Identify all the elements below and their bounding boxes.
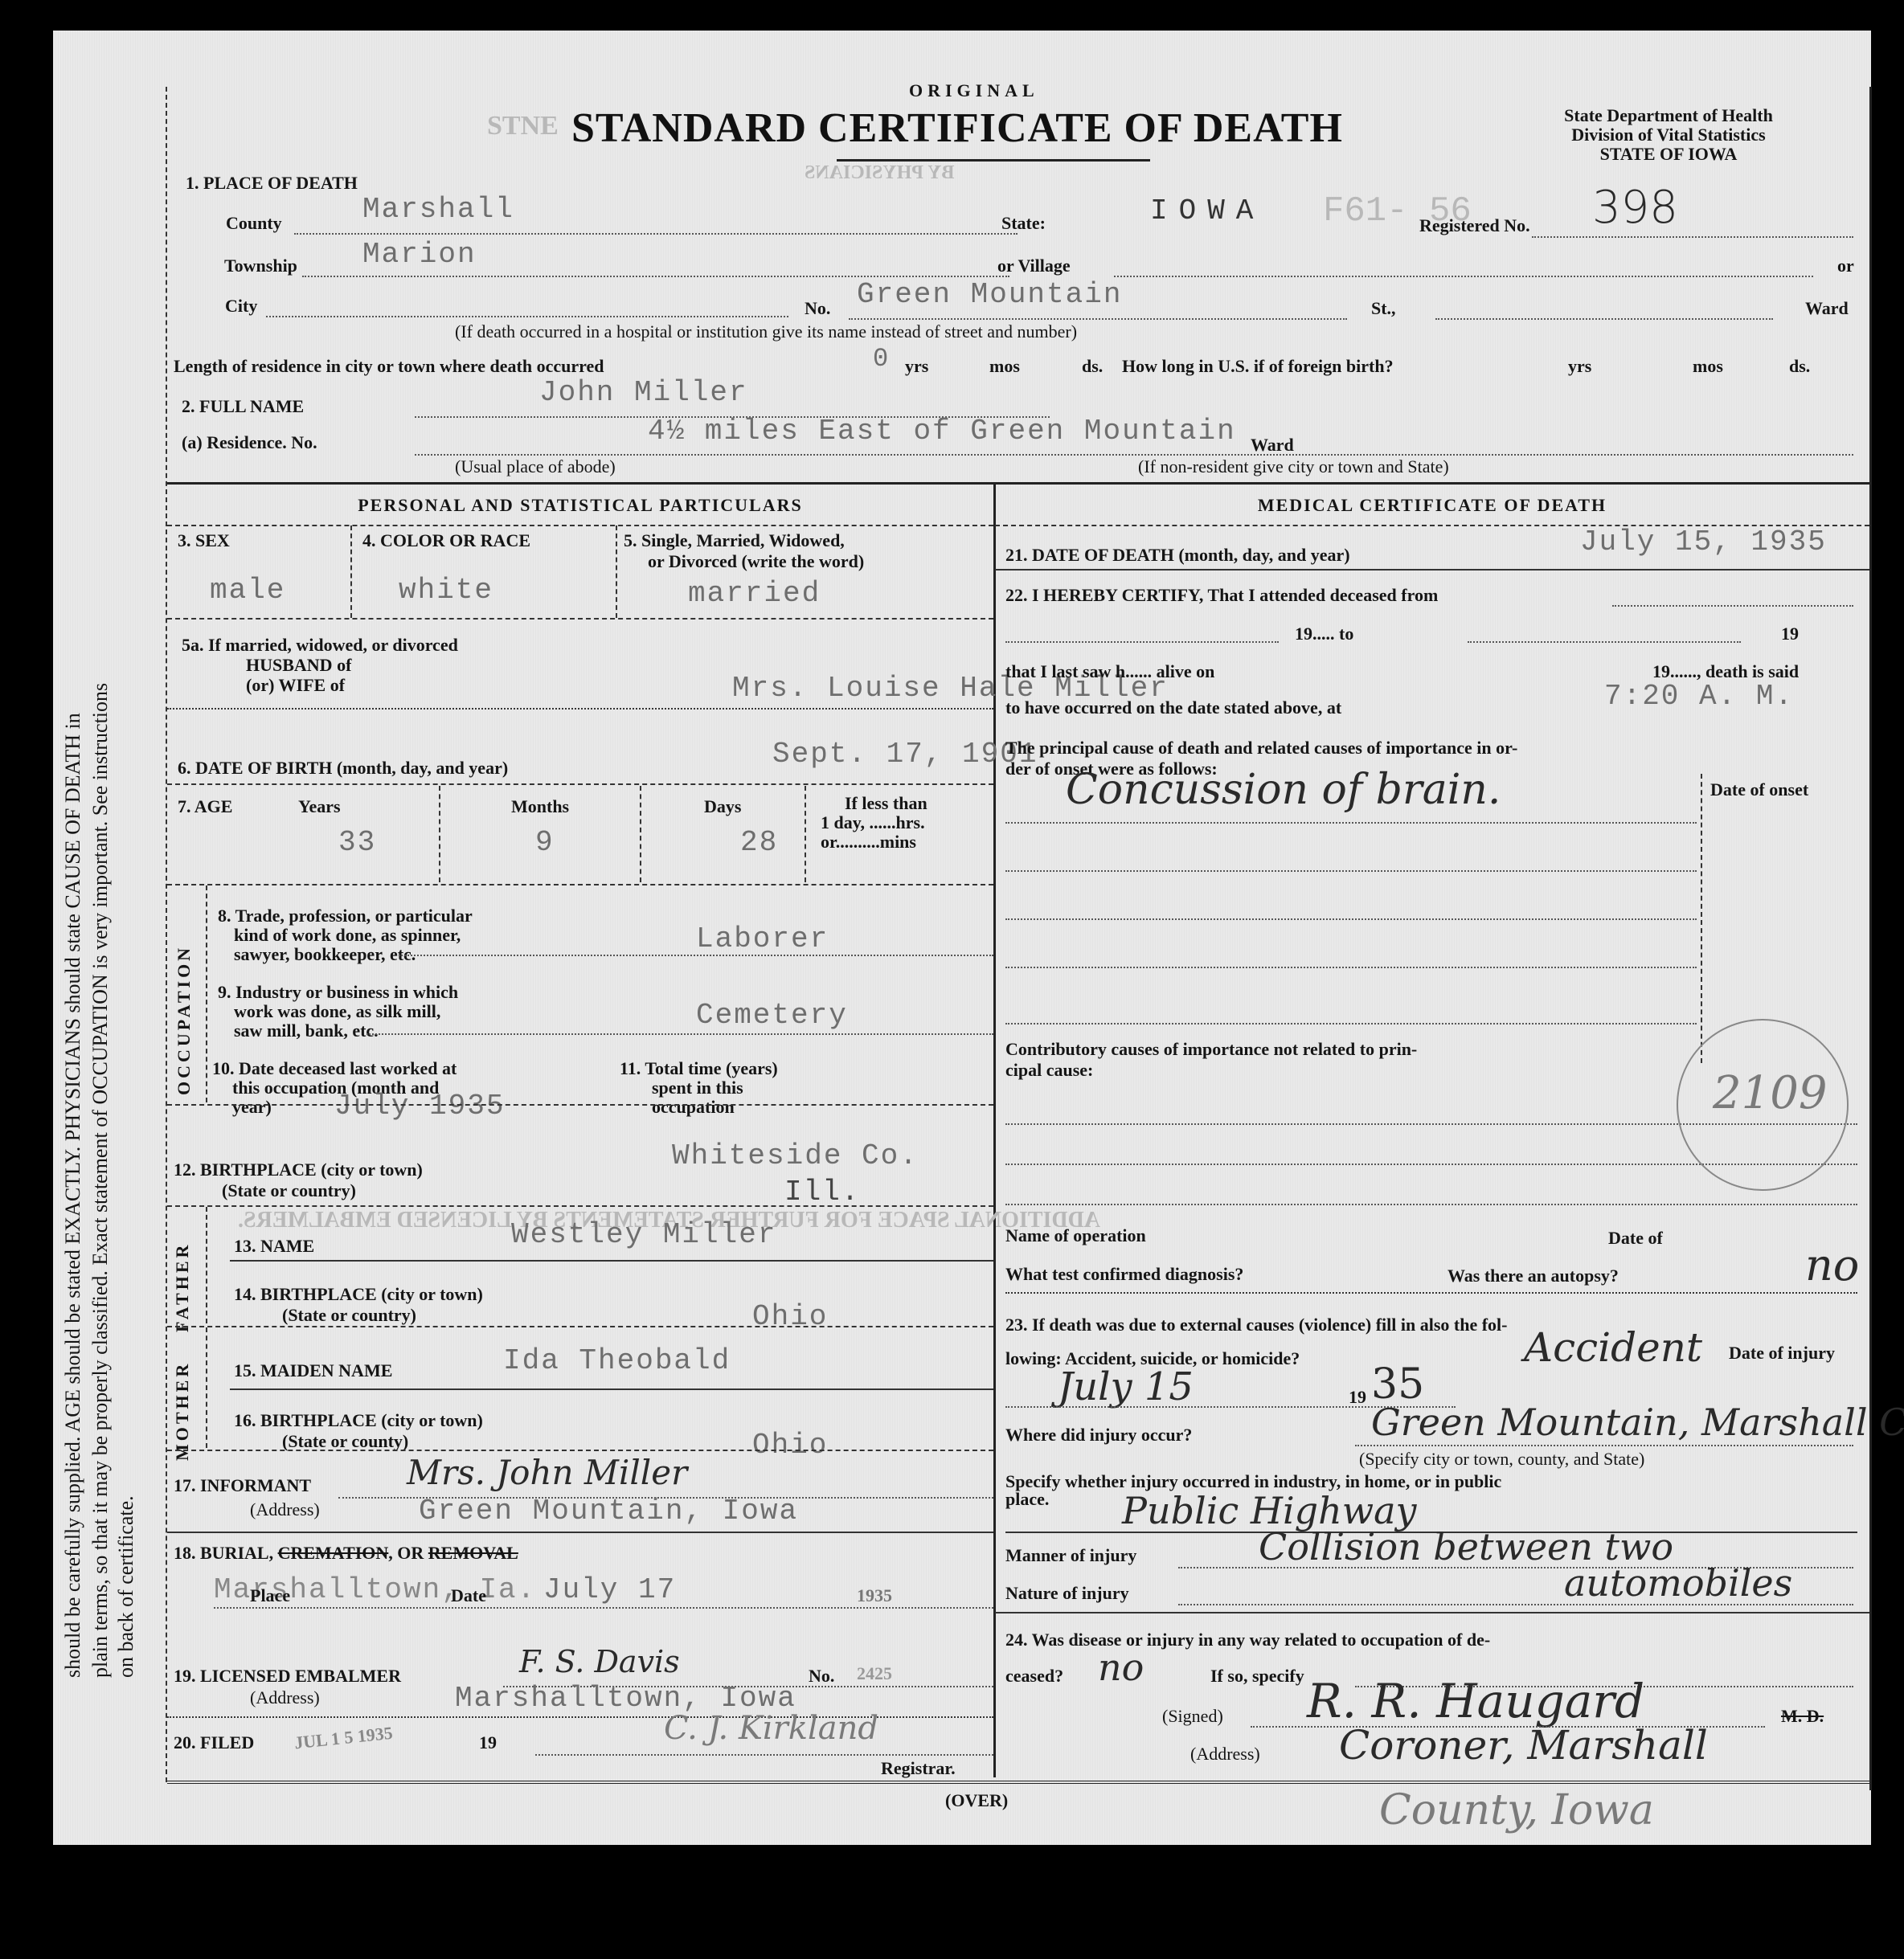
if-so-label: If so, specify xyxy=(1210,1666,1304,1687)
occupation-related-label-2: ceased? xyxy=(1005,1666,1063,1687)
frame-left xyxy=(166,87,167,1782)
father-bp-label-1: 14. BIRTHPLACE (city or town) xyxy=(234,1284,483,1305)
rule xyxy=(167,783,993,785)
certificate-title: STANDARD CERTIFICATE OF DEATH xyxy=(571,104,1343,152)
cause-line-3 xyxy=(1005,918,1697,920)
birthplace-state-value: Ill. xyxy=(784,1176,860,1209)
registered-label: Registered No. xyxy=(1419,215,1530,236)
total-time-label: 11. Total time (years) spent in this occ… xyxy=(620,1059,778,1117)
registered-line xyxy=(1532,236,1853,238)
foreign-yrs-label: yrs xyxy=(1568,356,1591,377)
residence-ward-label: Ward xyxy=(1251,435,1294,456)
burial-year-value: 1935 xyxy=(857,1585,892,1606)
external-type-value: Accident xyxy=(1524,1324,1702,1371)
occupation-related-label-1: 24. Was disease or injury in any way rel… xyxy=(1005,1630,1490,1650)
mother-bp-label: 16. BIRTHPLACE (city or town) (State or … xyxy=(234,1410,483,1452)
whether-label-1: Specify whether injury occurred in indus… xyxy=(1005,1473,1501,1491)
father-bp-label: 14. BIRTHPLACE (city or town) (State or … xyxy=(234,1284,483,1326)
registrar-signature: C. J. Kirkland xyxy=(664,1710,878,1747)
days-label: Days xyxy=(704,796,741,817)
industry-value: Cemetery xyxy=(696,999,848,1032)
from-line xyxy=(1005,641,1279,643)
from-to-label: 19..... to xyxy=(1295,624,1353,644)
yrs-label: yrs xyxy=(905,356,928,377)
operation-date-label: Date of xyxy=(1608,1228,1663,1249)
injury-date-value: July 15 xyxy=(1058,1364,1194,1409)
mother-bp-value: Ohio xyxy=(752,1429,828,1462)
rule xyxy=(167,708,993,710)
margin-instruction-3: on back of certificate. xyxy=(114,1495,138,1678)
burial-label: 18. BURIAL, CREMATION, OR REMOVAL xyxy=(174,1543,518,1564)
city-line xyxy=(266,316,788,317)
embalmer-label: 19. LICENSED EMBALMER xyxy=(174,1666,401,1687)
ward-label: Ward xyxy=(1805,298,1849,319)
manner-label: Manner of injury xyxy=(1005,1545,1136,1566)
filed-label: 20. FILED xyxy=(174,1732,254,1753)
spouse-label-3: (or) WIFE of xyxy=(182,675,458,695)
address-value: Coroner, Marshall xyxy=(1339,1722,1708,1769)
father-name-label: 13. NAME xyxy=(234,1236,314,1257)
mother-side-label: MOTHER xyxy=(172,1361,193,1461)
residence-line xyxy=(415,454,1853,456)
cause-line-5 xyxy=(1005,1023,1697,1024)
cause-line-2 xyxy=(1005,870,1697,872)
cell-divider xyxy=(206,1327,207,1448)
industry-label-2: work was done, as silk mill, xyxy=(218,1002,458,1021)
contrib-label-2: cipal cause: xyxy=(1005,1060,1417,1081)
burial-label-d: REMOVAL xyxy=(428,1543,518,1563)
age-label: 7. AGE xyxy=(178,796,232,817)
age-days-value: 28 xyxy=(740,826,778,859)
title-rule xyxy=(837,159,1150,162)
cell-divider xyxy=(350,526,352,618)
time-of-death: 7:20 A. M. xyxy=(1604,680,1794,713)
cause-line-4 xyxy=(1005,967,1697,968)
filed-date-stamp: JUL 1 5 1935 xyxy=(293,1723,394,1754)
rule xyxy=(167,1205,993,1207)
personal-section-title: PERSONAL AND STATISTICAL PARTICULARS xyxy=(167,495,993,516)
burial-label-b: CREMATION xyxy=(278,1543,389,1563)
certify-line xyxy=(1612,605,1853,607)
residence-length-yrs: 0 xyxy=(873,344,890,374)
abode-note: (Usual place of abode) xyxy=(455,456,616,477)
cell-divider xyxy=(616,526,617,618)
street-line xyxy=(849,318,1347,320)
where-label: Where did injury occur? xyxy=(1005,1425,1192,1446)
agency-line-2: Division of Vital Statistics xyxy=(1460,125,1877,145)
signature-value: R. R. Haugard xyxy=(1307,1674,1644,1728)
rule xyxy=(167,884,993,885)
birthplace-label: 12. BIRTHPLACE (city or town) (State or … xyxy=(174,1159,423,1201)
contrib-label-1: Contributory causes of importance not re… xyxy=(1005,1039,1417,1060)
ds-label: ds. xyxy=(1082,356,1103,377)
spouse-label: 5a. If married, widowed, or divorced HUS… xyxy=(182,635,458,695)
father-bp-value: Ohio xyxy=(752,1300,828,1333)
dob-label: 6. DATE OF BIRTH (month, day, and year) xyxy=(178,758,508,779)
circled-code: 2109 xyxy=(1713,1067,1828,1119)
dob-value: Sept. 17, 1901 xyxy=(772,738,1038,771)
father-name-value: Westley Miller xyxy=(511,1218,776,1251)
certify-label: 22. I HEREBY CERTIFY, That I attended de… xyxy=(1005,585,1438,606)
cell-divider xyxy=(805,786,806,882)
rule xyxy=(167,1450,993,1451)
embalmer-signature: F. S. Davis xyxy=(519,1644,680,1679)
dod-label: 21. DATE OF DEATH (month, day, and year) xyxy=(1005,545,1350,566)
informant-address-label: (Address) xyxy=(250,1499,320,1520)
where-line xyxy=(1355,1445,1853,1446)
ghost-reverse-text: STNE xyxy=(487,111,559,141)
mother-name-value: Ida Theobald xyxy=(503,1344,731,1377)
less-than-label: If less than 1 day, ......hrs. or.......… xyxy=(821,794,927,852)
cause-line-1 xyxy=(1005,822,1697,824)
address-label: (Address) xyxy=(1190,1744,1260,1765)
operation-label: Name of operation xyxy=(1005,1225,1146,1246)
registrar-line xyxy=(535,1754,993,1756)
rule xyxy=(995,569,1869,571)
sex-value: male xyxy=(210,574,285,607)
filed-19: 19 xyxy=(479,1732,497,1753)
father-side-label: FATHER xyxy=(172,1242,193,1332)
county-label: County xyxy=(226,213,282,234)
birthplace-label-1: 12. BIRTHPLACE (city or town) xyxy=(174,1159,423,1180)
nonresident-note: (If non-resident give city or town and S… xyxy=(1138,456,1449,477)
industry-label-1: 9. Industry or business in which xyxy=(218,983,458,1002)
full-name-value: John Miller xyxy=(539,376,748,409)
race-label: 4. COLOR OR RACE xyxy=(362,530,530,551)
village-line xyxy=(1114,276,1813,277)
village-label: or Village xyxy=(997,256,1071,276)
less-label-1: If less than xyxy=(821,794,927,813)
embalmer-address-label: (Address) xyxy=(250,1687,320,1708)
city-label: City xyxy=(225,296,257,317)
injury-year-prefix: 19 xyxy=(1349,1387,1366,1408)
foreign-birth-label: How long in U.S. if of foreign birth? xyxy=(1122,356,1394,377)
rule xyxy=(167,1532,993,1533)
street-no-label: No. xyxy=(805,298,830,319)
county-line xyxy=(294,233,1018,235)
principal-label-1: The principal cause of death and related… xyxy=(1005,738,1517,759)
rule xyxy=(167,1326,993,1327)
industry-label-3: saw mill, bank, etc. xyxy=(218,1021,458,1041)
autopsy-value: no xyxy=(1805,1240,1859,1290)
rule xyxy=(167,618,993,620)
rule xyxy=(1005,1292,1857,1294)
certificate-paper: should be carefully supplied. AGE should… xyxy=(53,31,1871,1845)
margin-instruction-2: plain terms, so that it may be properly … xyxy=(88,683,113,1678)
mos-label: mos xyxy=(989,356,1020,377)
city-street-value: Green Mountain xyxy=(857,278,1122,311)
registrar-label: Registrar. xyxy=(881,1758,956,1779)
nature-label: Nature of injury xyxy=(1005,1583,1129,1604)
nature-line xyxy=(1178,1604,1853,1605)
trade-line xyxy=(399,955,993,956)
rule xyxy=(167,525,993,526)
years-label: Years xyxy=(298,796,341,817)
md-label: M. D. xyxy=(1781,1706,1824,1727)
occupation-side-label: OCCUPATION xyxy=(174,945,194,1095)
cell-divider xyxy=(206,885,207,1102)
principal-cause-value: Concussion of brain. xyxy=(1066,766,1501,814)
where-value: Green Mountain, Marshall County xyxy=(1371,1401,1904,1444)
sex-label: 3. SEX xyxy=(178,530,230,551)
last-saw-label: that I last saw h...... alive on xyxy=(1005,661,1214,682)
medical-section-title: MEDICAL CERTIFICATE OF DEATH xyxy=(995,495,1869,516)
township-value: Marion xyxy=(362,238,477,271)
or-label: or xyxy=(1837,256,1854,276)
bottom-divider xyxy=(167,1781,1869,1784)
margin-instruction-1: should be carefully supplied. AGE should… xyxy=(61,713,85,1678)
contrib-line-3 xyxy=(1005,1204,1857,1205)
burial-date-value: July 17 xyxy=(543,1573,676,1606)
occupation-related-value: no xyxy=(1098,1646,1144,1689)
rule xyxy=(230,1388,993,1390)
burial-label-c: , OR xyxy=(388,1543,424,1563)
registered-number: 398 xyxy=(1592,182,1678,234)
where-note: (Specify city or town, county, and State… xyxy=(1359,1449,1644,1470)
residence-value: 4½ miles East of Green Mountain xyxy=(648,415,1236,448)
industry-label: 9. Industry or business in which work wa… xyxy=(218,983,458,1041)
rule xyxy=(230,1260,993,1262)
over-label: (OVER) xyxy=(945,1790,1008,1811)
injury-date-label: Date of injury xyxy=(1729,1343,1835,1364)
test-label: What test confirmed diagnosis? xyxy=(1005,1264,1243,1285)
place-of-death-label: 1. PLACE OF DEATH xyxy=(186,173,358,194)
marital-label-2: or Divorced (write the word) xyxy=(624,551,864,572)
industry-line xyxy=(366,1033,993,1035)
total-time-label-1: 11. Total time (years) xyxy=(620,1059,778,1078)
informant-signature: Mrs. John Miller xyxy=(407,1453,687,1492)
cell-divider xyxy=(640,786,641,882)
address-value-2: County, Iowa xyxy=(1379,1786,1654,1834)
cell-divider xyxy=(439,786,440,882)
burial-label-a: 18. BURIAL, xyxy=(174,1543,273,1563)
ward-line xyxy=(1435,318,1773,320)
autopsy-label: Was there an autopsy? xyxy=(1447,1266,1619,1286)
age-years-value: 33 xyxy=(338,826,376,859)
last-worked-value: July 1935 xyxy=(334,1090,505,1123)
informant-address-value: Green Mountain, Iowa xyxy=(419,1495,798,1528)
onset-column-divider xyxy=(1701,774,1702,1063)
foreign-ds-label: ds. xyxy=(1789,356,1810,377)
trade-value: Laborer xyxy=(696,922,829,955)
total-time-label-3: occupation xyxy=(620,1098,778,1117)
signed-label: (Signed) xyxy=(1162,1706,1223,1727)
burial-line xyxy=(214,1607,993,1609)
ghost-physicians: BY PHYSICIANS xyxy=(805,162,954,184)
dod-value: July 15, 1935 xyxy=(1580,526,1827,558)
state-label: State: xyxy=(1001,213,1046,234)
mother-name-label: 15. MAIDEN NAME xyxy=(234,1360,392,1381)
rule xyxy=(167,1104,993,1106)
agency-line-3: STATE OF IOWA xyxy=(1460,145,1877,164)
onset-label: Date of onset xyxy=(1710,779,1808,800)
race-value: white xyxy=(399,574,493,607)
rule xyxy=(995,1612,1869,1613)
less-label-3: or..........mins xyxy=(821,832,927,852)
spouse-label-2: HUSBAND of xyxy=(182,655,458,675)
agency-block: State Department of Health Division of V… xyxy=(1460,106,1877,164)
embalmer-no-value: 2425 xyxy=(857,1663,892,1684)
trade-label-2: kind of work done, as spinner, xyxy=(218,926,473,945)
months-label: Months xyxy=(511,796,569,817)
marital-label: 5. Single, Married, Widowed, or Divorced… xyxy=(624,530,864,572)
last-worked-label-1: 10. Date deceased last worked at xyxy=(212,1059,457,1078)
frame-right xyxy=(1869,87,1872,1790)
marital-value: married xyxy=(688,577,821,610)
to-line xyxy=(1468,641,1741,643)
residence-length-label: Length of residence in city or town wher… xyxy=(174,356,604,377)
residence-label: (a) Residence. No. xyxy=(182,432,317,453)
township-label: Township xyxy=(224,256,297,276)
nature-value: automobiles xyxy=(1564,1561,1792,1605)
county-value: Marshall xyxy=(362,193,514,226)
burial-place-label: Place xyxy=(250,1585,290,1606)
township-line xyxy=(302,276,1009,277)
total-time-label-2: spent in this xyxy=(620,1078,778,1098)
cell-divider xyxy=(206,1207,207,1323)
informant-label: 17. INFORMANT xyxy=(174,1475,311,1496)
foreign-mos-label: mos xyxy=(1693,356,1723,377)
mother-bp-label-1: 16. BIRTHPLACE (city or town) xyxy=(234,1410,483,1431)
birthplace-city-value: Whiteside Co. xyxy=(672,1139,919,1172)
father-bp-label-2: (State or country) xyxy=(234,1305,483,1326)
original-label: ORIGINAL xyxy=(909,80,1039,101)
burial-date-label: Date xyxy=(451,1585,486,1606)
spouse-label-1: 5a. If married, widowed, or divorced xyxy=(182,635,458,655)
contrib-label: Contributory causes of importance not re… xyxy=(1005,1039,1417,1081)
age-months-value: 9 xyxy=(535,826,555,859)
to-19-label: 19 xyxy=(1781,624,1799,644)
occurred-label: to have occurred on the date stated abov… xyxy=(1005,697,1341,718)
marital-label-1: 5. Single, Married, Widowed, xyxy=(624,530,864,551)
hospital-note: (If death occurred in a hospital or inst… xyxy=(455,321,1077,342)
agency-line-1: State Department of Health xyxy=(1460,106,1877,125)
state-value: IOWA xyxy=(1150,194,1264,227)
trade-label-1: 8. Trade, profession, or particular xyxy=(218,906,473,926)
section-divider xyxy=(167,482,1869,485)
full-name-label: 2. FULL NAME xyxy=(182,396,304,417)
birthplace-label-2: (State or country) xyxy=(174,1180,423,1201)
external-label-1: 23. If death was due to external causes … xyxy=(1005,1308,1508,1342)
less-label-2: 1 day, ......hrs. xyxy=(821,813,927,832)
st-label: St., xyxy=(1371,298,1396,319)
embalmer-no-label: No. xyxy=(809,1666,834,1687)
